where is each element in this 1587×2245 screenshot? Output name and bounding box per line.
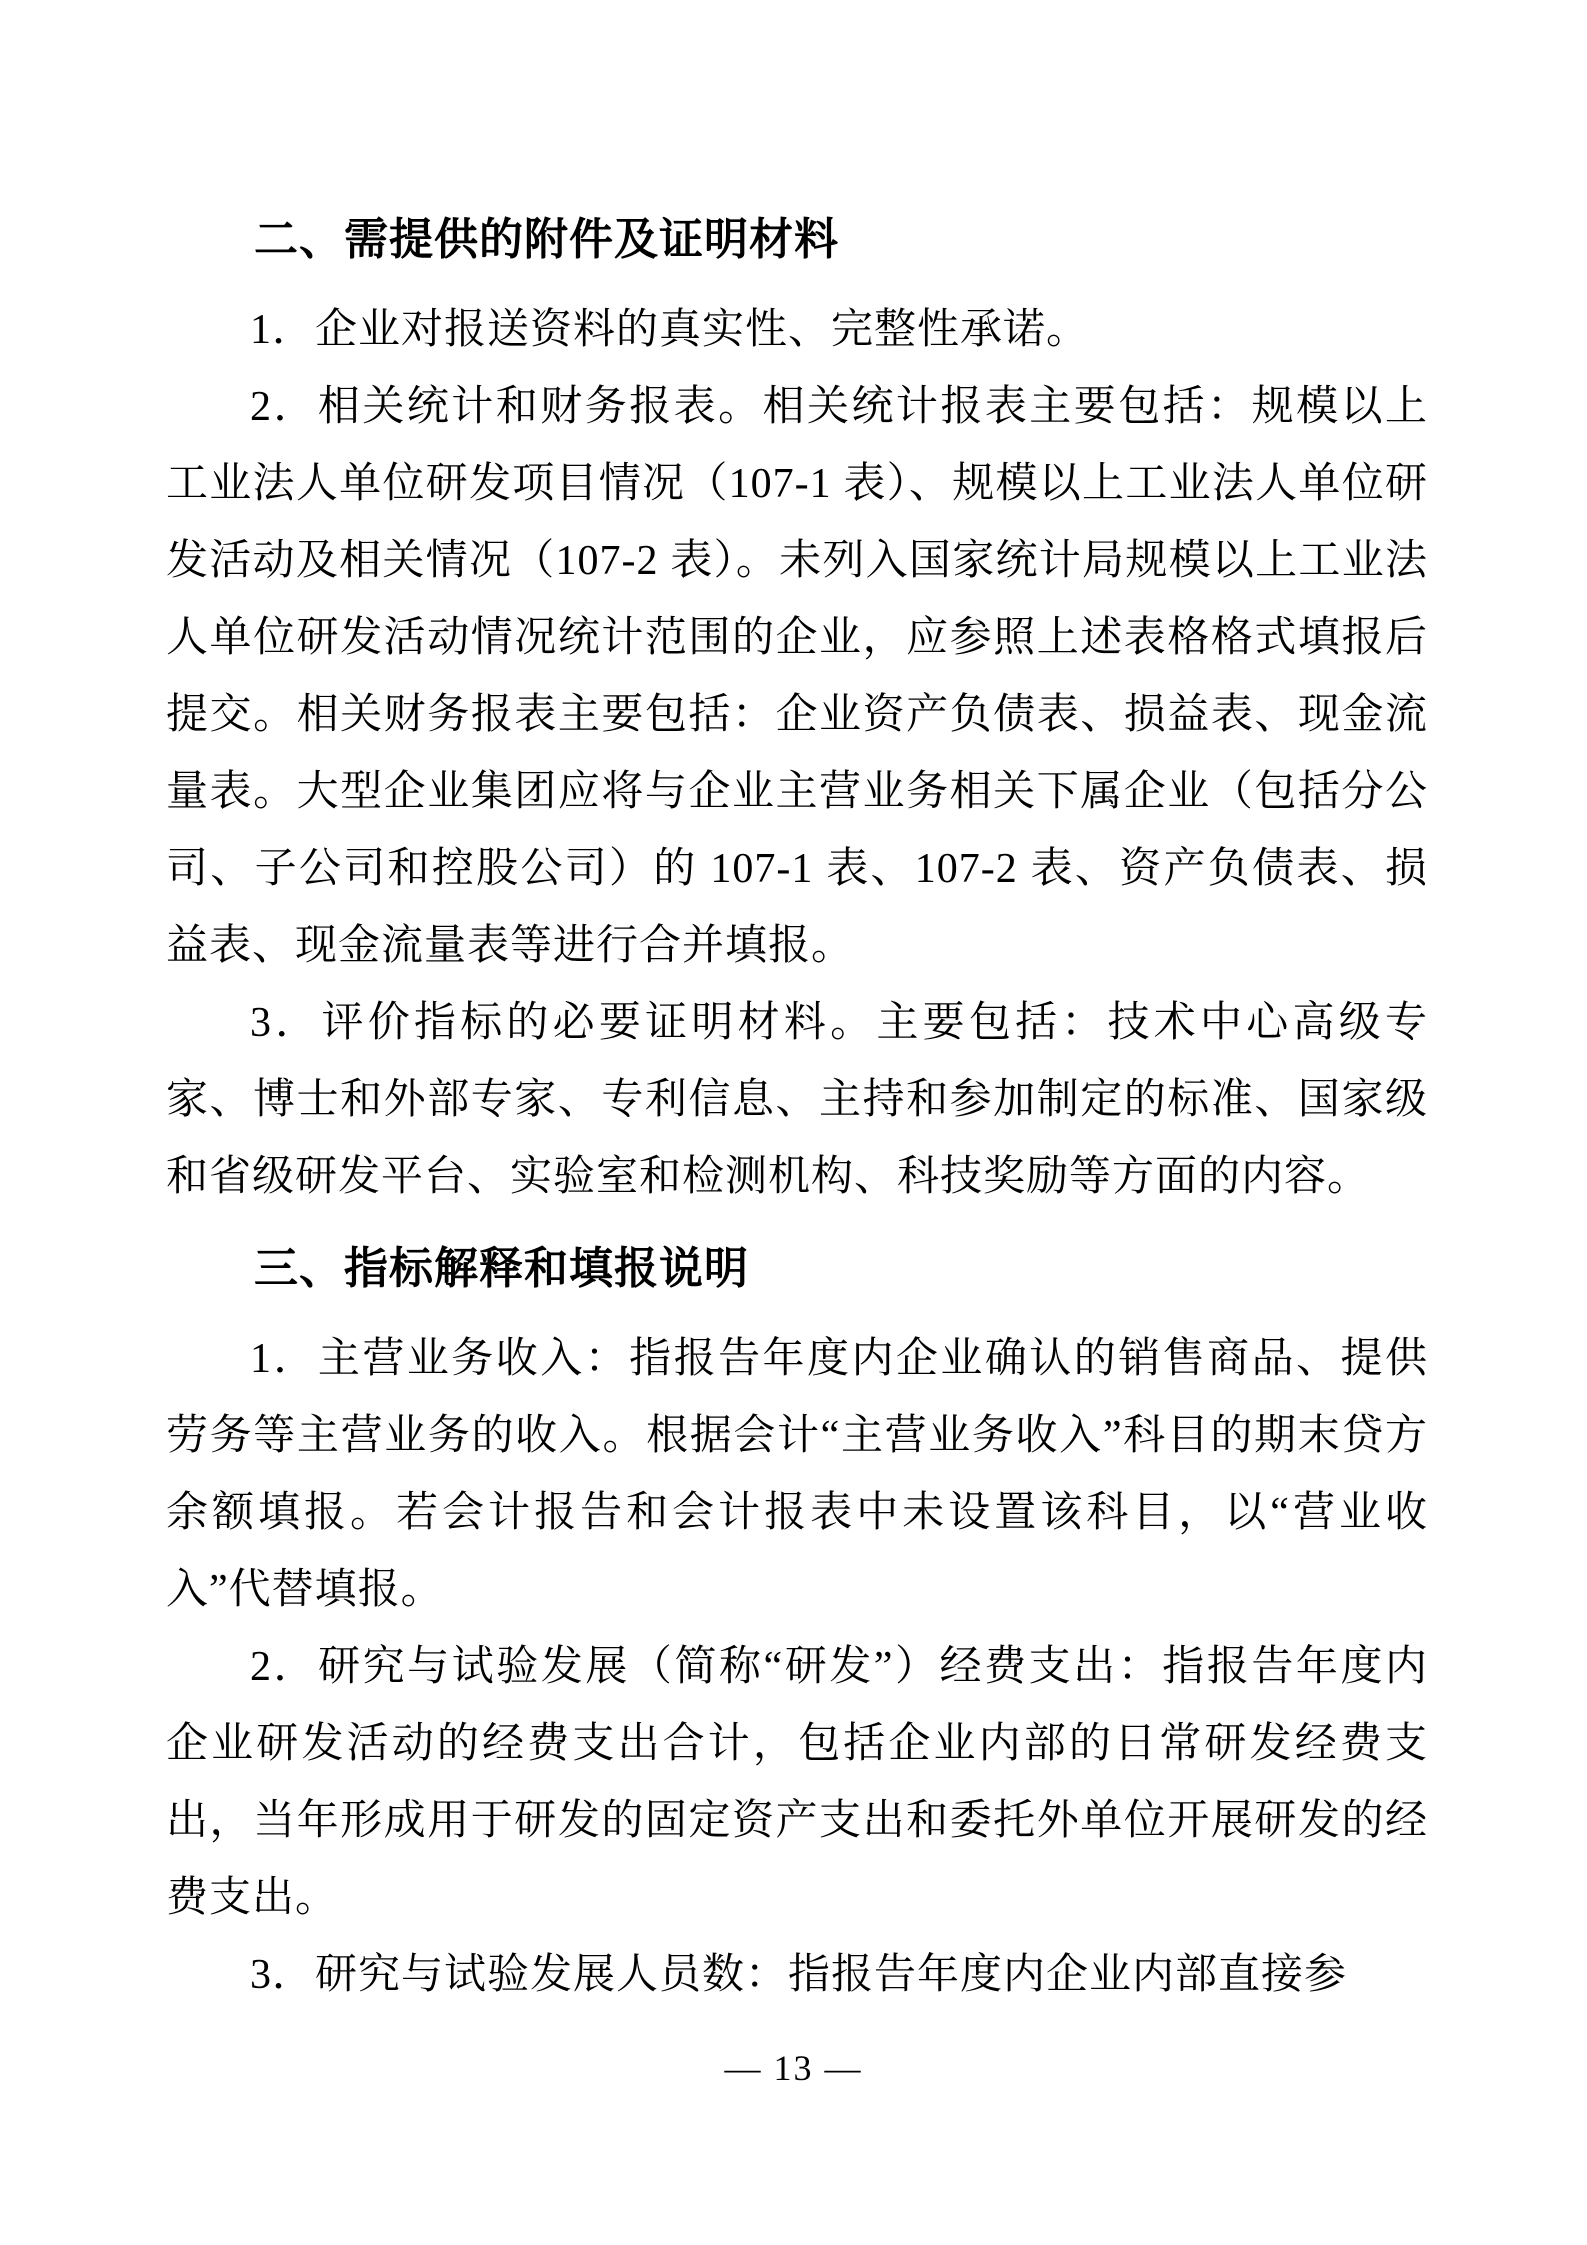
doc-heading: 三、指标解释和填报说明 bbox=[166, 1230, 1428, 1307]
doc-paragraph: 1．主营业务收入：指报告年度内企业确认的销售商品、提供劳务等主营业务的收入。根据… bbox=[166, 1321, 1428, 1629]
document-body: 二、需提供的附件及证明材料1．企业对报送资料的真实性、完整性承诺。2．相关统计和… bbox=[166, 201, 1428, 2014]
doc-paragraph: 2．研究与试验发展（简称“研发”）经费支出：指报告年度内企业研发活动的经费支出合… bbox=[166, 1629, 1428, 1937]
doc-paragraph: 1．企业对报送资料的真实性、完整性承诺。 bbox=[166, 292, 1428, 369]
doc-paragraph: 2．相关统计和财务报表。相关统计报表主要包括：规模以上工业法人单位研发项目情况（… bbox=[166, 369, 1428, 985]
doc-paragraph: 3．评价指标的必要证明材料。主要包括：技术中心高级专家、博士和外部专家、专利信息… bbox=[166, 985, 1428, 1216]
page-number: — 13 — bbox=[0, 2046, 1587, 2090]
doc-heading: 二、需提供的附件及证明材料 bbox=[166, 201, 1428, 278]
doc-paragraph: 3．研究与试验发展人员数：指报告年度内企业内部直接参 bbox=[166, 1937, 1428, 2014]
document-page: 二、需提供的附件及证明材料1．企业对报送资料的真实性、完整性承诺。2．相关统计和… bbox=[0, 0, 1587, 2245]
